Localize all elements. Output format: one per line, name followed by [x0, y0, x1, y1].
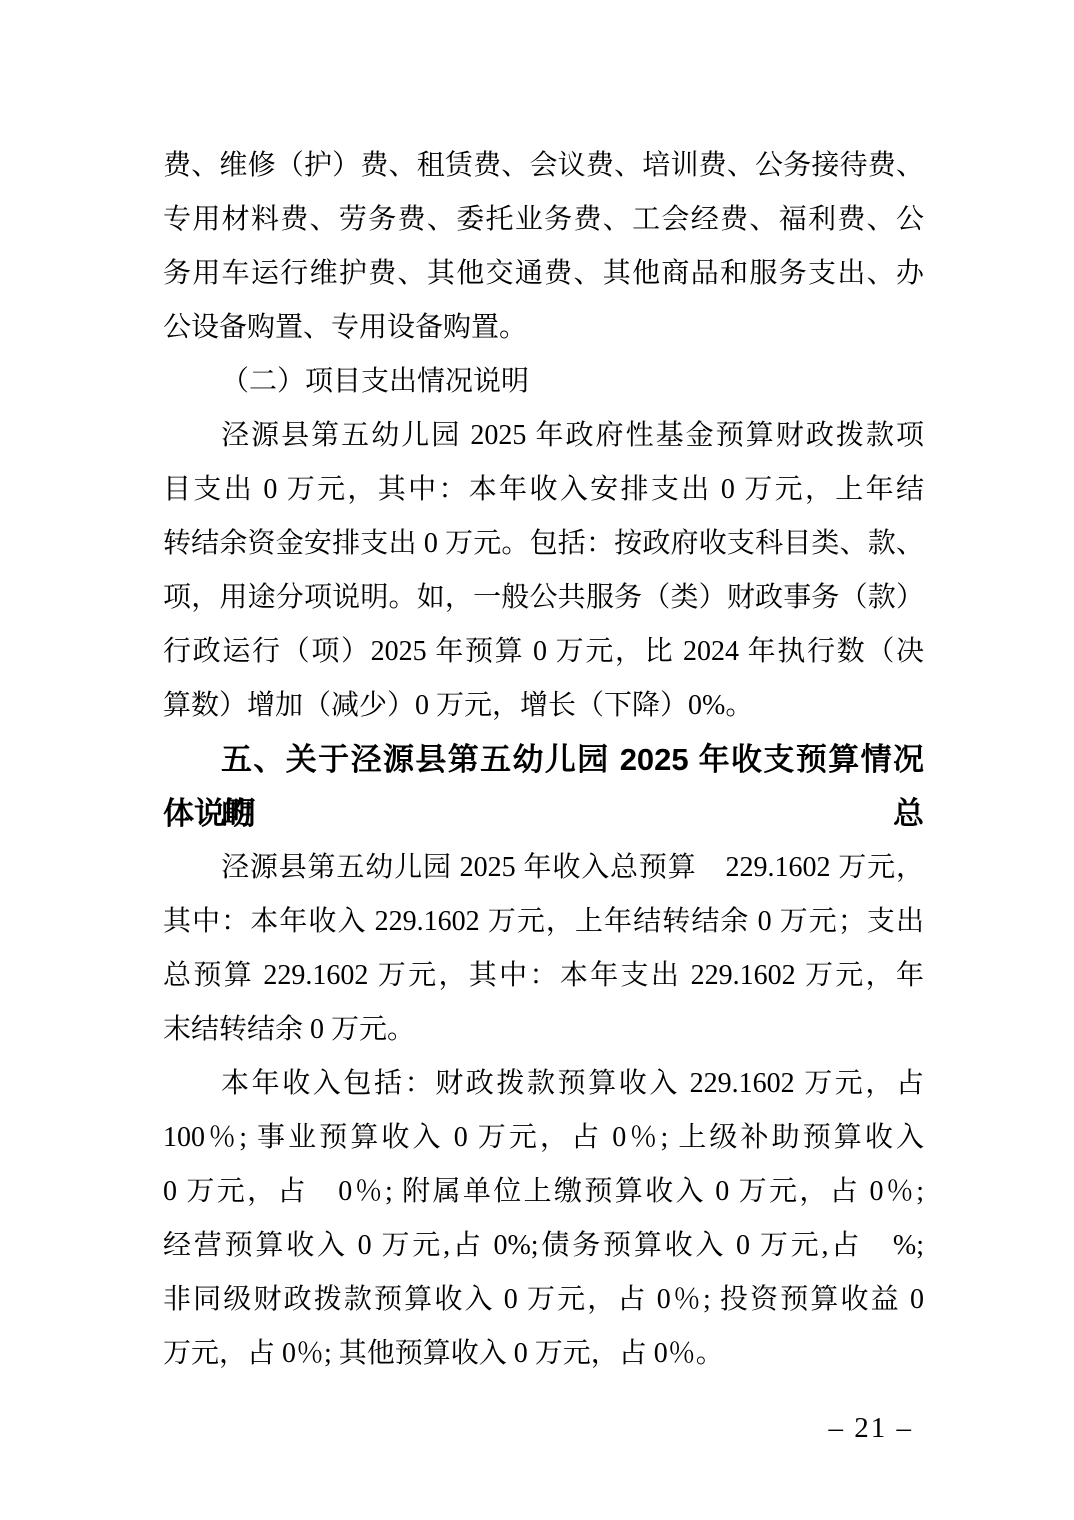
para-expense-items-continued-line-2: 专用材料费、劳务费、委托业务费、工会经费、福利费、公 — [163, 193, 924, 247]
para-project-expense-detail-line-1: 泾源县第五幼儿园 2025 年政府性基金预算财政拨款项 — [163, 409, 924, 463]
para-income-breakdown-line-1: 本年收入包括：财政拨款预算收入 229.1602 万元，占 — [163, 1057, 924, 1111]
para-income-breakdown-line-5: 非同级财政拨款预算收入 0 万元，占 0％; 投资预算收益 0 — [163, 1273, 924, 1327]
para-income-breakdown-line-3: 0 万元，占 0％; 附属单位上缴预算收入 0 万元，占 0％; — [163, 1165, 924, 1219]
document-page: 费、维修（护）费、租赁费、会议费、培训费、公务接待费、专用材料费、劳务费、委托业… — [0, 0, 1074, 1520]
para-project-expense-detail-line-5: 行政运行（项）2025 年预算 0 万元，比 2024 年执行数（决 — [163, 625, 924, 679]
para-expense-items-continued-line-4: 公设备购置、专用设备购置。 — [163, 301, 924, 355]
para-project-expense-detail-line-4: 项，用途分项说明。如，一般公共服务（类）财政事务（款） — [163, 571, 924, 625]
para-income-breakdown-line-2: 100％; 事业预算收入 0 万元，占 0％; 上级补助预算收入 — [163, 1111, 924, 1165]
para-total-budget-summary-line-1: 泾源县第五幼儿园 2025 年收入总预算 229.1602 万元， — [163, 841, 924, 895]
para-income-breakdown-line-6: 万元，占 0％; 其他预算收入 0 万元，占 0％。 — [163, 1327, 924, 1381]
para-income-breakdown-line-4: 经营预算收入 0 万元,占 0%;债务预算收入 0 万元,占 %; — [163, 1219, 924, 1273]
para-total-budget-summary-line-2: 其中：本年收入 229.1602 万元，上年结转结余 0 万元；支出 — [163, 895, 924, 949]
document-body: 费、维修（护）费、租赁费、会议费、培训费、公务接待费、专用材料费、劳务费、委托业… — [163, 139, 924, 1381]
para-expense-items-continued-line-1: 费、维修（护）费、租赁费、会议费、培训费、公务接待费、 — [163, 139, 924, 193]
para-total-budget-summary-line-3: 总预算 229.1602 万元，其中：本年支出 229.1602 万元，年 — [163, 949, 924, 1003]
para-project-expense-detail-line-3: 转结余资金安排支出 0 万元。包括：按政府收支科目类、款、 — [163, 517, 924, 571]
para-project-expense-detail-line-6: 算数）增加（减少）0 万元，增长（下降）0%。 — [163, 679, 924, 733]
para-project-expense-detail-line-2: 目支出 0 万元，其中：本年收入安排支出 0 万元，上年结 — [163, 463, 924, 517]
para-expense-items-continued-line-3: 务用车运行维护费、其他交通费、其他商品和服务支出、办 — [163, 247, 924, 301]
heading-section-five-line-1: 五、关于泾源县第五幼儿园 2025 年收支预算情况的总 — [163, 733, 924, 787]
para-total-budget-summary-line-4: 末结转结余 0 万元。 — [163, 1003, 924, 1057]
page-number: – 21 – — [829, 1408, 914, 1448]
para-project-expense-subtitle-line-1: （二）项目支出情况说明 — [163, 355, 924, 409]
